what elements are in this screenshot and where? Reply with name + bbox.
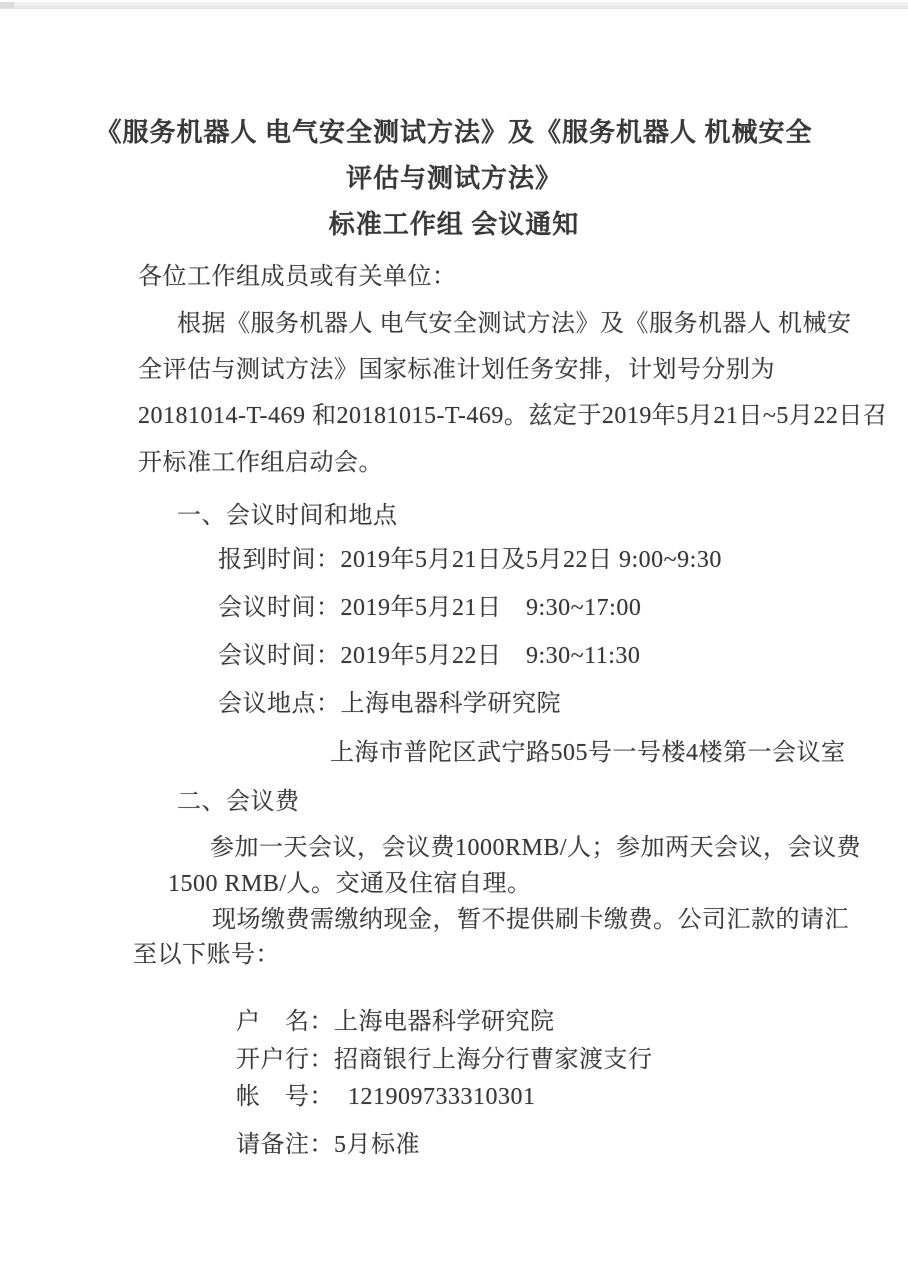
payment-line-1: 现场缴费需缴纳现金，暂不提供刷卡缴费。公司汇款的请汇 — [212, 905, 849, 935]
meeting-address-line: 上海市普陀区武宁路505号一号楼4楼第一会议室 — [330, 738, 846, 768]
memo-label: 请备注： — [236, 1132, 334, 1158]
meeting-time-day1-line: 会议时间：2019年5月21日 9:30~17:00 — [218, 593, 641, 623]
memo-line: 请备注：5月标准 — [210, 1100, 420, 1190]
intro-line-2: 全评估与测试方法》国家标准计划任务安排，计划号分别为 — [138, 355, 775, 385]
section2-heading: 二、会议费 — [177, 787, 300, 817]
intro-line-4: 开标准工作组启动会。 — [138, 448, 383, 478]
meeting-time-day2-line: 会议时间：2019年5月22日 9:30~11:30 — [218, 641, 640, 671]
salutation: 各位工作组成员或有关单位： — [138, 262, 457, 292]
meeting-place-line: 会议地点：上海电器科学研究院 — [218, 689, 561, 719]
doc-title-line-1: 《服务机器人 电气安全测试方法》及《服务机器人 机械安全 — [0, 117, 908, 150]
memo-value: 5月标准 — [334, 1132, 420, 1158]
doc-subtitle: 标准工作组 会议通知 — [0, 209, 908, 242]
intro-line-3: 20181014-T-469 和20181015-T-469。兹定于2019年5… — [138, 401, 887, 431]
section1-heading: 一、会议时间和地点 — [177, 501, 398, 531]
fee-line-1: 参加一天会议，会议费1000RMB/人；参加两天会议，会议费 — [210, 833, 861, 863]
registration-time-line: 报到时间：2019年5月21日及5月22日 9:00~9:30 — [218, 545, 722, 575]
top-border-strip — [0, 2, 908, 9]
payment-line-2: 至以下账号： — [133, 940, 280, 970]
document-page: 《服务机器人 电气安全测试方法》及《服务机器人 机械安全 评估与测试方法》 标准… — [0, 0, 908, 1274]
doc-title-line-2: 评估与测试方法》 — [0, 163, 908, 196]
fee-line-2: 1500 RMB/人。交通及住宿自理。 — [168, 869, 532, 899]
intro-line-1: 根据《服务机器人 电气安全测试方法》及《服务机器人 机械安 — [177, 309, 852, 339]
